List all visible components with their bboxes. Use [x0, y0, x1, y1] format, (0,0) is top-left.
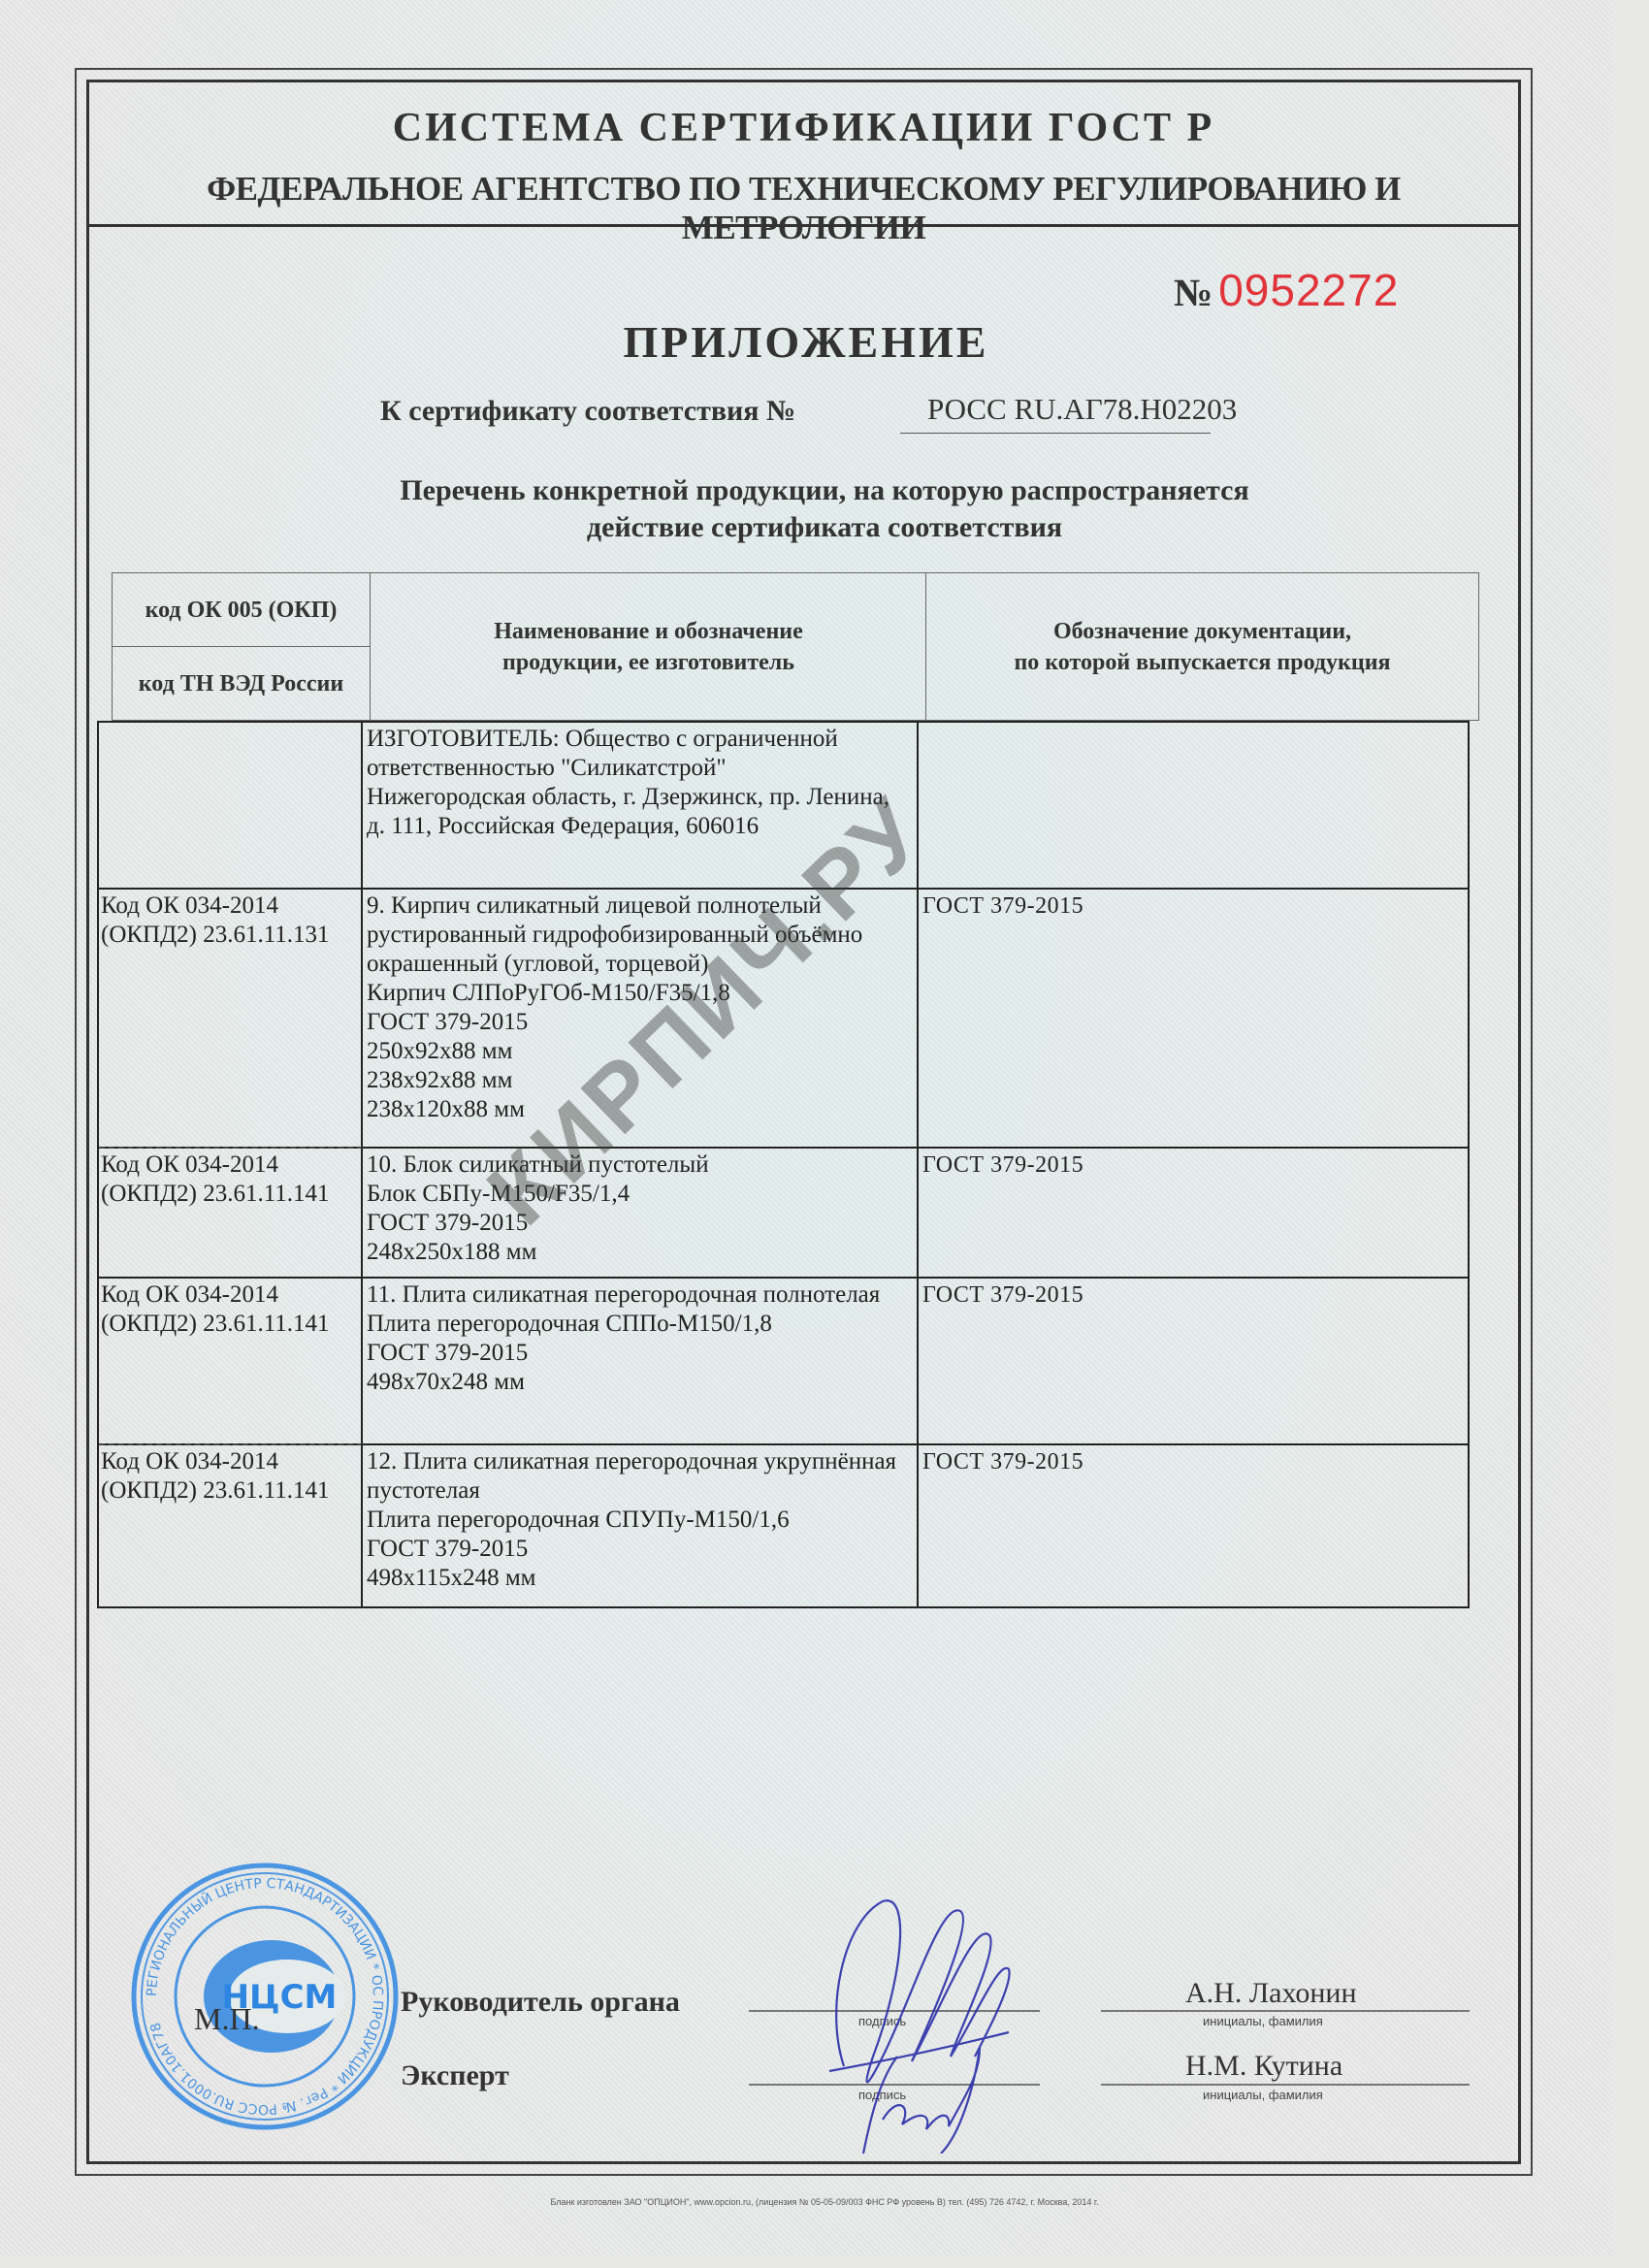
expert-name: Н.М. Кутина — [1185, 2050, 1342, 2083]
header-name-text: Наименование и обозначение продукции, ее… — [494, 616, 803, 678]
cert-label: К сертификату соответствия № — [380, 395, 795, 428]
signature-scrawl-icon — [805, 1863, 1115, 2154]
header-name: Наименование и обозначение продукции, ее… — [370, 573, 926, 720]
cell-code: Код ОК 034-2014 (ОКПД2) 23.61.11.141 — [99, 1147, 363, 1277]
cell-name: 12. Плита силикатная перегородочная укру… — [363, 1445, 919, 1606]
cell-doc — [919, 723, 1468, 888]
cell-code: Код ОК 034-2014 (ОКПД2) 23.61.11.141 — [99, 1279, 363, 1443]
agency-title: ФЕДЕРАЛЬНОЕ АГЕНТСТВО ПО ТЕХНИЧЕСКОМУ РЕ… — [86, 170, 1521, 247]
head-name-line — [1101, 2010, 1470, 2012]
header-doc-text: Обозначение документации, по которой вып… — [1014, 616, 1390, 678]
cell-name: 10. Блок силикатный пустотелый Блок СБПу… — [363, 1149, 919, 1277]
table-header: код ОК 005 (ОКП) код ТН ВЭД России Наиме… — [112, 572, 1479, 721]
system-title: СИСТЕМА СЕРТИФИКАЦИИ ГОСТ Р — [86, 105, 1521, 151]
cert-number-underline — [900, 433, 1211, 434]
header-code-column: код ОК 005 (ОКП) код ТН ВЭД России — [113, 573, 370, 720]
stamp-place-label: М.П. — [194, 2001, 260, 2037]
table-row: Код ОК 034-2014 (ОКПД2) 23.61.11.141 10.… — [99, 1147, 1468, 1277]
cell-doc: ГОСТ 379-2015 — [919, 1279, 1468, 1443]
expert-name-line — [1101, 2084, 1470, 2086]
cell-doc: ГОСТ 379-2015 — [919, 890, 1468, 1147]
list-title: Перечень конкретной продукции, на котору… — [0, 472, 1649, 546]
cert-number: РОСС RU.АГ78.Н02203 — [927, 392, 1237, 427]
head-label: Руководитель органа — [401, 1986, 680, 2019]
cell-code — [99, 723, 363, 888]
list-title-line1: Перечень конкретной продукции, на котору… — [0, 472, 1649, 509]
header-code-okp: код ОК 005 (ОКП) — [113, 573, 370, 647]
head-name: А.Н. Лахонин — [1185, 1977, 1357, 2010]
appendix-title: ПРИЛОЖЕНИЕ — [0, 316, 1612, 368]
cell-doc: ГОСТ 379-2015 — [919, 1149, 1468, 1277]
blank-number-value: 0952272 — [1218, 265, 1399, 315]
table-row: Код ОК 034-2014 (ОКПД2) 23.61.11.141 12.… — [99, 1443, 1468, 1606]
cell-name: 11. Плита силикатная перегородочная полн… — [363, 1279, 919, 1443]
expert-name-hint: инициалы, фамилия — [1203, 2088, 1323, 2102]
head-name-hint: инициалы, фамилия — [1203, 2014, 1323, 2028]
cell-code: Код ОК 034-2014 (ОКПД2) 23.61.11.141 — [99, 1443, 363, 1606]
cell-code: Код ОК 034-2014 (ОКПД2) 23.61.11.131 — [99, 890, 363, 1147]
official-stamp-icon: РЕГИОНАЛЬНЫЙ ЦЕНТР СТАНДАРТИЗАЦИИ * ОС П… — [124, 1856, 405, 2137]
product-table: ИЗГОТОВИТЕЛЬ: Общество с ограниченной от… — [97, 721, 1470, 1608]
blank-number: №0952272 — [1174, 264, 1399, 316]
print-footer: Бланк изготовлен ЗАО "ОПЦИОН", www.opcio… — [0, 2197, 1649, 2207]
cell-doc: ГОСТ 379-2015 — [919, 1445, 1468, 1606]
header-code-tnved: код ТН ВЭД России — [113, 647, 370, 720]
expert-label: Эксперт — [401, 2059, 509, 2092]
number-sign: № — [1174, 271, 1212, 314]
certificate-page: СИСТЕМА СЕРТИФИКАЦИИ ГОСТ Р ФЕДЕРАЛЬНОЕ … — [0, 0, 1612, 2256]
list-title-line2: действие сертификата соответствия — [0, 509, 1649, 546]
table-row: Код ОК 034-2014 (ОКПД2) 23.61.11.141 11.… — [99, 1277, 1468, 1443]
header-doc: Обозначение документации, по которой вып… — [925, 573, 1478, 720]
